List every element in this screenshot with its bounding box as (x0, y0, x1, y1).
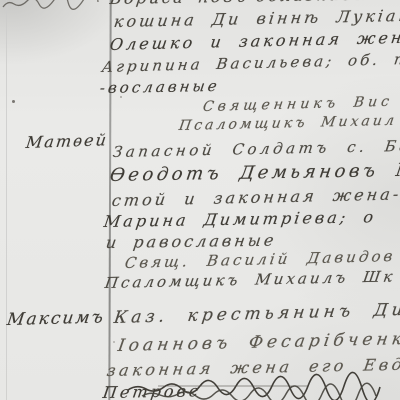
record-line: Священникъ Вис (202, 94, 394, 115)
margin-name-maksym: Максимъ (6, 307, 107, 330)
record-line: Псаломщикъ Михаил (178, 113, 398, 134)
correction-scribble-bottom (128, 381, 400, 400)
left-margin-rule (6, 0, 7, 400)
record-line: Запасной Солдатъ с. Бас (112, 137, 400, 161)
manuscript-page: Бориса новъ-облазкивы с. М кошина Ди він… (0, 0, 400, 400)
record-line: законная жена его Евдо (106, 354, 400, 380)
record-line: Ѳеодотъ Демьяновъ Ми (109, 159, 400, 186)
ink-speck (120, 96, 122, 98)
margin-name-matfey: Матѳей (25, 130, 109, 152)
cut-off-text-scribble-top-left (0, 0, 105, 12)
record-line: Агрипина Васильева; об. пр (101, 50, 400, 76)
ink-speck (113, 341, 115, 343)
record-line: Олешко и законная жена (109, 28, 400, 54)
record-line: Марина Димитріева; о (103, 207, 378, 231)
record-line: и равославные (105, 231, 278, 252)
record-line: -вославные (99, 77, 221, 97)
record-line: Іоанновъ Фесарібченк (116, 329, 400, 356)
ink-speck (12, 100, 15, 103)
record-line: стой и законная жена- (111, 184, 400, 210)
record-line: Каз. крестьянинъ Дими (113, 299, 400, 328)
record-line: кошина Ди віннѣ Лукіан (113, 6, 400, 31)
